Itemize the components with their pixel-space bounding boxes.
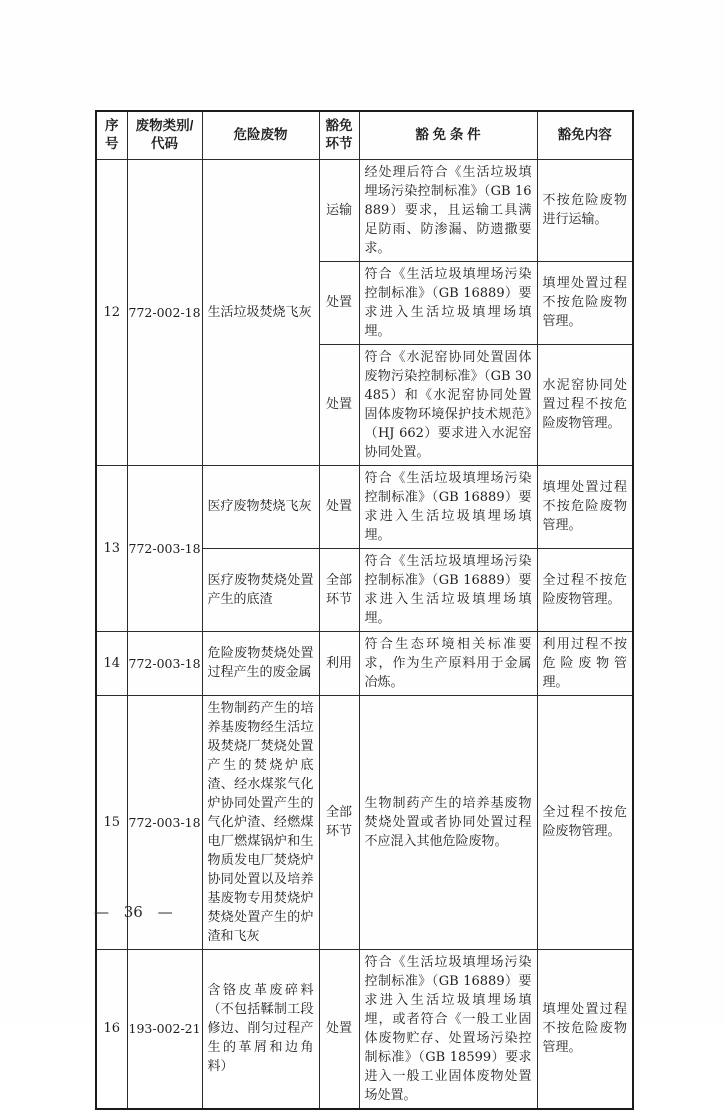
cell-16-stage: 处置 <box>319 949 359 1109</box>
cell-12c-content: 水泥窑协同处置过程不按危险废物管理。 <box>537 344 633 465</box>
cell-15-condition: 生物制药产生的培养基废物焚烧处置或者协同处置过程不应混入其他危险废物。 <box>359 695 537 949</box>
table-row-16: 16 193-002-21 含铬皮革废碎料（不包括鞣制工段修边、削匀过程产生的革… <box>96 949 633 1109</box>
cell-16-waste: 含铬皮革废碎料（不包括鞣制工段修边、削匀过程产生的革屑和边角料） <box>202 949 319 1109</box>
cell-12-waste: 生活垃圾焚烧飞灰 <box>202 159 319 465</box>
table-row-14: 14 772-003-18 危险废物焚烧处置过程产生的废金属 利用 符合生态环境… <box>96 631 633 695</box>
cell-15-stage: 全部环节 <box>319 695 359 949</box>
cell-12b-content: 填埋处置过程不按危险废物管理。 <box>537 261 633 344</box>
cell-13b-content: 全过程不按危险废物管理。 <box>537 548 633 631</box>
col-header-no: 序号 <box>96 111 127 159</box>
cell-12c-condition: 符合《水泥窑协同处置固体废物污染控制标准》（GB 30485）和《水泥窑协同处置… <box>359 344 537 465</box>
cell-16-condition: 符合《生活垃圾填埋场污染控制标准》（GB 16889）要求进入生活垃圾填埋场填埋… <box>359 949 537 1109</box>
cell-13-code: 772-003-18 <box>127 465 202 631</box>
cell-14-no: 14 <box>96 631 127 695</box>
cell-16-code: 193-002-21 <box>127 949 202 1109</box>
col-header-content: 豁免内容 <box>537 111 633 159</box>
col-header-waste-label: 危险废物 <box>234 127 288 142</box>
exemption-table: 序号 废物类别/ 代码 危险废物 豁免 环节 豁 免 条 件 豁免内容 12 7… <box>95 110 634 1110</box>
table-row-15: 15 772-003-18 生物制药产生的培养基废物经生活垃圾焚烧厂焚烧处置产生… <box>96 695 633 949</box>
cell-13a-stage: 处置 <box>319 465 359 548</box>
cell-13b-stage: 全部环节 <box>319 548 359 631</box>
cell-12a-stage: 运输 <box>319 159 359 261</box>
cell-13a-content: 填埋处置过程不按危险废物管理。 <box>537 465 633 548</box>
cell-16-no: 16 <box>96 949 127 1109</box>
cell-12c-stage: 处置 <box>319 344 359 465</box>
cell-14-stage: 利用 <box>319 631 359 695</box>
col-header-content-label: 豁免内容 <box>558 127 612 142</box>
col-header-category-line2: 代码 <box>130 135 200 153</box>
document-page: 序号 废物类别/ 代码 危险废物 豁免 环节 豁 免 条 件 豁免内容 12 7… <box>0 0 724 1024</box>
cell-13b-waste: 医疗废物焚烧处置产生的底渣 <box>202 548 319 631</box>
cell-14-condition: 符合生态环境相关标准要求，作为生产原料用于金属冶炼。 <box>359 631 537 695</box>
col-header-stage-line1: 豁免 <box>322 117 357 135</box>
cell-15-waste: 生物制药产生的培养基废物经生活垃圾焚烧厂焚烧处置产生的焚烧炉底渣、经水煤浆气化炉… <box>202 695 319 949</box>
cell-16-content: 填埋处置过程不按危险废物管理。 <box>537 949 633 1109</box>
page-number: — 36 — <box>94 903 173 921</box>
table-header-row: 序号 废物类别/ 代码 危险废物 豁免 环节 豁 免 条 件 豁免内容 <box>96 111 633 159</box>
cell-13-no: 13 <box>96 465 127 631</box>
cell-14-code: 772-003-18 <box>127 631 202 695</box>
col-header-no-label: 序号 <box>105 118 119 151</box>
cell-12a-condition: 经处理后符合《生活垃圾填埋场污染控制标准》（GB 16889）要求，且运输工具满… <box>359 159 537 261</box>
cell-12-no: 12 <box>96 159 127 465</box>
col-header-stage-line2: 环节 <box>322 135 357 153</box>
col-header-stage: 豁免 环节 <box>319 111 359 159</box>
col-header-category-line1: 废物类别/ <box>130 117 200 135</box>
cell-14-content: 利用过程不按危险废物管理。 <box>537 631 633 695</box>
col-header-condition-label: 豁 免 条 件 <box>415 127 480 142</box>
col-header-category-code: 废物类别/ 代码 <box>127 111 202 159</box>
cell-14-waste: 危险废物焚烧处置过程产生的废金属 <box>202 631 319 695</box>
table-row-13a: 13 772-003-18 医疗废物焚烧飞灰 处置 符合《生活垃圾填埋场污染控制… <box>96 465 633 548</box>
cell-12b-condition: 符合《生活垃圾填埋场污染控制标准》（GB 16889）要求进入生活垃圾填埋场填埋… <box>359 261 537 344</box>
col-header-condition: 豁 免 条 件 <box>359 111 537 159</box>
cell-12a-content: 不按危险废物进行运输。 <box>537 159 633 261</box>
cell-12-code: 772-002-18 <box>127 159 202 465</box>
cell-12b-stage: 处置 <box>319 261 359 344</box>
col-header-waste: 危险废物 <box>202 111 319 159</box>
table-row-12a: 12 772-002-18 生活垃圾焚烧飞灰 运输 经处理后符合《生活垃圾填埋场… <box>96 159 633 261</box>
cell-15-content: 全过程不按危险废物管理。 <box>537 695 633 949</box>
cell-13b-condition: 符合《生活垃圾填埋场污染控制标准》（GB 16889）要求进入生活垃圾填埋场填埋… <box>359 548 537 631</box>
cell-13a-condition: 符合《生活垃圾填埋场污染控制标准》（GB 16889）要求进入生活垃圾填埋场填埋… <box>359 465 537 548</box>
cell-13a-waste: 医疗废物焚烧飞灰 <box>202 465 319 548</box>
